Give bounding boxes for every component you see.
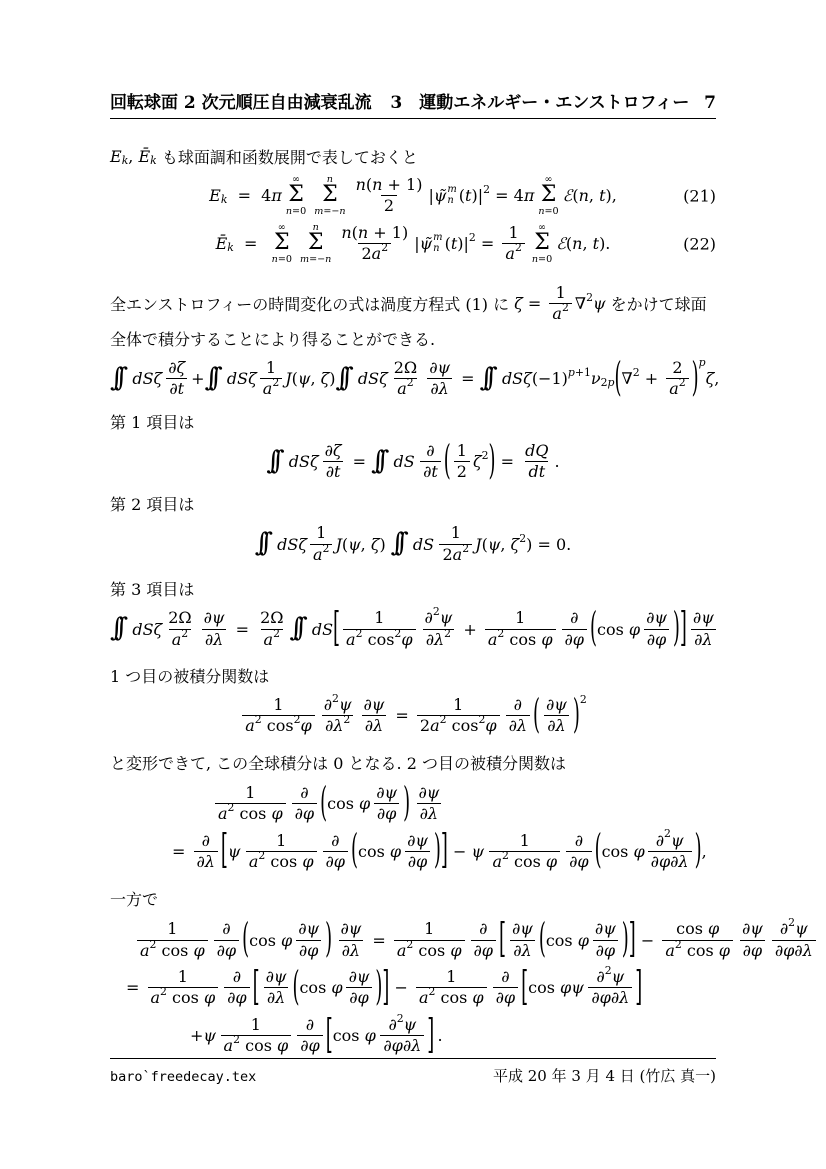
denominator: 2	[454, 461, 470, 482]
double-integral-icon: ∫∫	[336, 366, 358, 392]
numerator: 2	[669, 358, 685, 378]
math-text: 一方で	[110, 887, 158, 910]
subscript: k	[150, 154, 157, 167]
math-variable: φ	[359, 794, 370, 813]
fraction: ∂2ψ∂φ∂λ	[648, 831, 692, 873]
math-text: (−1)	[532, 369, 568, 388]
close-fence: ]	[441, 831, 448, 872]
math-variable: m	[314, 206, 323, 217]
numerator: ∂	[423, 441, 437, 461]
denominator: 2a2	[358, 243, 391, 264]
math-variable: φ	[629, 620, 640, 639]
math-variable: n	[356, 176, 366, 194]
math-variable: ζ	[321, 369, 330, 388]
math-variable: E	[110, 147, 122, 166]
math-variable: ∂t	[326, 463, 341, 481]
math-variable: n	[325, 254, 331, 265]
para-enstrophy-2: 全体で積分することにより得ることができる.	[110, 327, 716, 350]
numerator: ∂	[476, 919, 490, 939]
math-text: cos	[249, 931, 281, 950]
eq-enstrophy-budget: ∫∫dSζ∂ζ∂t+∫∫dSζ1a2J(ψ, ζ)∫∫dSζ2Ωa2∂ψ∂λ =…	[110, 358, 716, 400]
math-variable: ∂ψ	[512, 920, 533, 938]
fenced-group: (cos φ∂ψ∂φ)	[292, 967, 382, 1009]
math-variable: ∂	[596, 968, 604, 986]
math-variable: ∂	[426, 442, 434, 460]
numerator: ∂	[567, 608, 581, 628]
numerator: ∂	[219, 919, 233, 939]
math-text: 2Ω	[168, 609, 191, 627]
denominator: ∂λ	[417, 803, 441, 824]
superscript: 2	[228, 802, 235, 815]
fraction: 12a2	[439, 523, 472, 565]
math-text: 2	[462, 543, 469, 556]
equation-line: 1a2 cos φ∂∂φ(cos φ∂ψ∂φ)∂ψ∂λ = 1a2 cos φ∂…	[134, 919, 819, 961]
math-variable: ∂	[425, 609, 433, 627]
math-variable: n	[341, 224, 351, 242]
math-variable: ∂ψ	[646, 609, 667, 627]
sigma-icon: Σ	[322, 185, 338, 206]
section-heading: 3 運動エネルギー・エンストロフィー	[390, 93, 689, 113]
math-text: 2	[675, 939, 682, 952]
math-text: )|	[471, 186, 483, 205]
math-variable: ∂	[514, 696, 522, 714]
fraction: 1a2 cos φ	[221, 1015, 292, 1057]
numerator: 1	[443, 967, 459, 987]
footer-rule	[110, 1058, 716, 1059]
math-variable: ∂ψ	[429, 359, 450, 377]
math-text: 2	[381, 242, 388, 255]
math-variable: a	[313, 546, 323, 564]
math-variable: φ	[578, 931, 589, 950]
fraction: 2Ωa2	[165, 608, 194, 650]
denominator: ∂λ2	[423, 629, 454, 650]
math-text: )|	[457, 234, 469, 253]
close-fence: )	[673, 609, 680, 650]
math-variable: ∂λ	[325, 717, 343, 735]
denominator: a2 cos φ	[485, 629, 556, 650]
denominator: ∂λ	[202, 629, 226, 650]
math-variable: φ	[271, 805, 282, 823]
fraction: 12a2 cos2φ	[417, 695, 500, 737]
math-text: = 4	[227, 186, 271, 205]
denominator: ∂λ	[691, 629, 715, 650]
math-variable: ψ	[348, 535, 361, 554]
math-text: +	[458, 620, 482, 639]
numerator: ∂2ψ	[422, 608, 456, 628]
numerator: ∂ψ	[404, 831, 431, 851]
math-text: 2	[586, 291, 593, 304]
fraction: n(n + 1)2	[353, 175, 426, 217]
math-variable: Ē	[138, 147, 150, 166]
denominator: ∂φ∂λ	[380, 1035, 424, 1056]
fraction: ∂∂λ	[506, 695, 530, 737]
math-variable: φ	[450, 942, 461, 960]
fraction: ∂ζ∂t	[165, 358, 188, 400]
math-text: cos	[504, 631, 541, 649]
math-text: cos	[234, 805, 271, 823]
numerator: 2Ω	[391, 358, 420, 378]
math-text: −	[389, 978, 413, 997]
fraction: 2a2	[666, 358, 688, 400]
math-text: 1	[251, 1016, 261, 1034]
intro-line: Ek, Ēk も球面調和函数展開で表しておくと	[110, 145, 716, 168]
math-variable: ∂φ	[743, 942, 762, 960]
open-fence: (	[539, 920, 546, 961]
math-text: cos	[358, 842, 390, 861]
denominator: ∂t	[323, 461, 344, 482]
math-variable: dSζ	[132, 369, 162, 388]
math-variable: ∂	[570, 609, 578, 627]
math-variable: ∂φ	[326, 853, 345, 871]
fence-content: cos φ∂ψ∂φ	[597, 608, 673, 650]
math-text: 2	[356, 628, 363, 641]
superscript: 2	[478, 714, 485, 727]
math-text: 2	[150, 939, 157, 952]
math-variable: dSζ	[132, 620, 162, 639]
superscript: 2	[356, 628, 363, 641]
double-integral-icon: ∫∫	[205, 366, 227, 392]
math-text: 全エンストロフィーの時間変化の式は渦度方程式 (1) に	[110, 292, 514, 315]
denominator: 2	[381, 195, 397, 216]
denominator: a2 cos φ	[662, 940, 733, 961]
denominator: a2 cos φ	[489, 851, 560, 872]
sum-lower-limit: n=0	[538, 206, 558, 217]
math-text: cos	[265, 853, 302, 871]
double-integral-icon: ∫∫	[110, 616, 132, 642]
numerator: 2Ω	[165, 608, 194, 628]
math-text: 2	[429, 986, 436, 999]
math-variable: φ	[277, 1037, 288, 1055]
fenced-group: [∂ψ∂λ(cos φ∂ψ∂φ)]	[499, 919, 636, 961]
fraction: 1a2	[502, 223, 524, 265]
math-variable: φ	[719, 942, 730, 960]
open-fence: (	[615, 358, 622, 399]
equation-line: 1a2 cos φ∂∂φ(cos φ∂ψ∂φ)∂ψ∂λ	[212, 783, 445, 825]
close-fence: )	[489, 441, 496, 482]
fenced-group: [ψ1a2 cos φ∂∂φ(cos φ∂ψ∂φ)]	[221, 831, 448, 873]
sum-lower-limit: n=0	[532, 254, 552, 265]
math-text: = 4	[490, 186, 524, 205]
math-variable: φ	[472, 989, 483, 1007]
math-text: 2	[672, 359, 682, 377]
source-filename: baro`freedecay.tex	[110, 1069, 256, 1085]
math-text: )	[380, 535, 386, 554]
math-text: =	[126, 978, 145, 997]
math-variable: ∂φ	[300, 1037, 319, 1055]
math-text: も球面調和函数展開で表しておくと	[157, 145, 418, 168]
open-fence: [	[521, 968, 528, 1009]
math-variable: n	[579, 186, 589, 205]
fraction: 1a2 cos φ	[137, 919, 208, 961]
math-variable: ψ	[298, 369, 311, 388]
fenced-group: (cos φ∂ψ∂φ)	[320, 783, 410, 825]
math-text: 1	[374, 609, 384, 627]
fence-content: cos φ∂2ψ∂φ∂λ	[333, 1015, 428, 1057]
fraction: ∂2ψ∂φ∂λ	[380, 1015, 424, 1057]
denominator: ∂φ	[374, 803, 399, 824]
math-variable: π	[524, 186, 535, 205]
numerator: ∂2ψ	[653, 831, 687, 851]
para-enstrophy-1: 全エンストロフィーの時間変化の式は渦度方程式 (1) に ζ = 1a2∇2ψ …	[110, 283, 716, 325]
math-variable: φ	[193, 942, 204, 960]
numerator: 1	[506, 223, 522, 243]
math-variable: ∂ψ	[376, 784, 397, 802]
fraction: 1a2	[260, 358, 282, 400]
math-variable: φ	[633, 842, 644, 861]
math-variable: dS	[413, 535, 434, 554]
math-text: 2	[502, 850, 509, 863]
denominator: ∂λ	[510, 940, 534, 961]
math-text: ∇	[622, 369, 633, 388]
denominator: a2 cos2φ	[242, 715, 314, 736]
math-text: 2	[679, 377, 686, 390]
math-text: 1 つ目の被積分関数は	[110, 664, 269, 687]
summation-operator: ∞Σn=0	[538, 174, 558, 217]
math-variable: a	[151, 989, 161, 1007]
numerator: ∂ψ	[263, 967, 290, 987]
math-text: 2	[273, 628, 280, 641]
math-variable: ζ	[473, 452, 482, 471]
numerator: ∂	[230, 967, 244, 987]
open-fence: [	[326, 1015, 333, 1056]
superscript: 2	[407, 377, 414, 390]
math-variable: ψ	[339, 696, 352, 714]
numerator: 1	[454, 441, 470, 461]
close-fence: ]	[629, 920, 636, 961]
header-left: 回転球面 2 次元順圧自由減衰乱流3 運動エネルギー・エンストロフィー	[110, 88, 689, 113]
denominator: ∂φ	[292, 803, 317, 824]
math-text: 2	[482, 449, 489, 462]
superscript: 2	[482, 449, 489, 462]
fraction: 1a2 cos φ	[416, 967, 487, 1009]
math-variable: ψ	[593, 294, 606, 313]
denominator: ∂φ	[566, 851, 591, 872]
close-fence: ]	[635, 968, 642, 1009]
denominator: ∂λ	[339, 940, 363, 961]
equation-content: Ēk = ∞Σn=0nΣm=−nn(n + 1)2a2|ψ̃mn(t)|2 = …	[216, 222, 611, 265]
superscript: 2	[440, 714, 447, 727]
math-variable: a	[224, 1037, 234, 1055]
math-text: 2	[233, 1034, 240, 1047]
numerator: 1	[450, 695, 466, 715]
math-variable: ∂λ	[430, 380, 448, 398]
superscript: 2	[381, 242, 388, 255]
math-variable: ∂φ∂λ	[775, 942, 813, 960]
subscript: k	[221, 193, 228, 206]
fraction: ∂∂φ	[224, 967, 249, 1009]
double-integral-icon: ∫∫	[290, 616, 312, 642]
running-title: 回転球面 2 次元順圧自由減衰乱流	[110, 93, 372, 113]
numerator: ∂2ψ	[777, 919, 811, 939]
numerator: ∂	[511, 695, 525, 715]
superscript: 2	[406, 939, 413, 952]
math-variable: φ	[546, 853, 557, 871]
math-variable: ∂	[222, 920, 230, 938]
math-text: =	[348, 452, 372, 471]
math-variable: dSζ	[358, 369, 388, 388]
math-variable: ∂ψ	[298, 920, 319, 938]
fraction: ∂ψ∂φ	[739, 919, 766, 961]
numerator: ∂	[199, 831, 213, 851]
denominator: a2	[260, 378, 282, 399]
close-fence: ]	[427, 1015, 434, 1056]
fraction: ∂ψ∂λ	[509, 919, 536, 961]
math-variable: ∂λ	[197, 853, 215, 871]
open-fence: (	[242, 920, 249, 961]
sum-lower-limit: n=0	[286, 206, 306, 217]
fraction: n(n + 1)2a2	[338, 223, 411, 265]
math-text: =	[234, 234, 268, 253]
math-text: 2	[160, 986, 167, 999]
fence-content: 12ζ2	[451, 441, 489, 483]
math-variable: ∂	[479, 920, 487, 938]
math-variable: a	[218, 805, 228, 823]
fraction: ∂ψ∂λ	[415, 783, 442, 825]
math-variable: ∂ζ	[168, 359, 185, 377]
math-variable: φ	[541, 631, 552, 649]
math-variable: n	[372, 176, 382, 194]
open-fence: (	[292, 968, 299, 1009]
superscript: 2	[483, 183, 490, 196]
fenced-group: [cos φ∂2ψ∂φ∂λ]	[326, 1015, 435, 1057]
close-fence: )	[692, 358, 699, 399]
math-text: ,	[589, 186, 599, 205]
fraction: ∂ζ∂t	[322, 441, 345, 483]
math-variable: φ	[204, 989, 215, 1007]
math-text: 2	[361, 245, 371, 263]
math-text: 2	[788, 917, 795, 930]
label-term2: 第 2 項目は	[110, 492, 716, 515]
math-text: 2	[457, 463, 467, 481]
math-variable: ∂	[306, 1016, 314, 1034]
eq-alternative-expansion: 1a2 cos φ∂∂φ(cos φ∂ψ∂φ)∂ψ∂λ = 1a2 cos φ∂…	[110, 916, 716, 1059]
fenced-group: (∂ψ∂λ)	[533, 695, 580, 737]
equation-line: = ∂∂λ[ψ1a2 cos φ∂∂φ(cos φ∂ψ∂φ)] − ψ1a2 c…	[172, 831, 707, 873]
math-variable: ζ	[514, 294, 523, 313]
close-fence: )	[434, 831, 441, 872]
fenced-group: (cos φ∂ψ∂φ)	[539, 919, 629, 961]
numerator: ∂ψ	[346, 967, 373, 987]
close-fence: )	[622, 920, 629, 961]
math-text: cos	[363, 631, 395, 649]
superscript: p	[699, 356, 706, 369]
superscript: 2	[332, 693, 339, 706]
denominator: ∂φ	[297, 1035, 322, 1056]
math-variable: dSζ	[277, 535, 307, 554]
superscript: 2	[160, 986, 167, 999]
math-variable: a	[172, 631, 182, 649]
stack-subscript: n	[447, 196, 453, 207]
supsub-stack: mn	[447, 185, 456, 207]
numerator: 1	[553, 283, 569, 303]
math-variable: ∂	[780, 920, 788, 938]
math-variable: dQ	[525, 442, 548, 460]
fraction: 1a2 cos φ	[489, 831, 560, 873]
denominator: ∂λ	[362, 715, 386, 736]
math-text: 1	[316, 524, 326, 542]
math-variable: n	[339, 206, 345, 217]
math-text: =−	[323, 206, 339, 217]
math-variable: ∂	[233, 968, 241, 986]
numerator: ∂ζ	[322, 441, 345, 461]
math-variable: φ	[302, 853, 313, 871]
equation-number: (21)	[683, 186, 716, 205]
subscript: k	[227, 241, 234, 254]
math-variable: ∂ψ	[418, 784, 439, 802]
math-variable: ∂φ	[377, 805, 396, 823]
eq-second-integrand: 1a2 cos φ∂∂φ(cos φ∂ψ∂φ)∂ψ∂λ= ∂∂λ[ψ1a2 co…	[110, 780, 716, 876]
denominator: ∂t	[166, 378, 187, 399]
fraction: ∂ψ∂λ	[263, 967, 290, 1009]
math-text: 1	[556, 284, 566, 302]
math-variable: n	[447, 195, 453, 206]
superscript: 2	[605, 965, 612, 978]
denominator: a2 cos2φ	[343, 629, 415, 650]
denominator: ∂φ	[405, 851, 430, 872]
numerator: ∂2ψ	[593, 967, 627, 987]
math-variable: ∂φ	[295, 805, 314, 823]
page-footer: baro`freedecay.tex 平成 20 年 3 月 4 日 (竹広 真…	[110, 1058, 716, 1086]
denominator: a2	[261, 629, 283, 650]
math-variable: ∂ψ	[546, 696, 567, 714]
numerator: ∂ψ	[360, 695, 387, 715]
math-variable: ∂φ∂λ	[651, 853, 689, 871]
math-text: cos	[299, 978, 331, 997]
math-variable: ∂λ	[342, 942, 360, 960]
numerator: ∂	[498, 967, 512, 987]
denominator: ∂φ∂λ	[772, 940, 816, 961]
denominator: ∂λ	[264, 987, 288, 1008]
document-content: Ek, Ēk も球面調和函数展開で表しておくとEk = 4π∞Σn=0nΣm=−…	[110, 145, 716, 1060]
fraction: ∂∂φ	[292, 783, 317, 825]
math-variable: ψ	[795, 920, 808, 938]
double-integral-icon: ∫∫	[255, 531, 277, 557]
math-variable: k	[221, 193, 228, 206]
denominator: a2 cos φ	[137, 940, 208, 961]
denominator: a2	[169, 629, 191, 650]
math-text: ) = 0.	[526, 535, 571, 554]
math-variable: ∂ψ	[340, 920, 361, 938]
eq-first-integrand: 1a2 cos2φ∂2ψ∂λ2∂ψ∂λ = 12a2 cos2φ∂∂λ(∂ψ∂λ…	[110, 695, 716, 737]
math-variable: ∂λ	[267, 989, 285, 1007]
math-variable: dS	[393, 452, 414, 471]
math-text: 2	[605, 965, 612, 978]
sum-lower-limit: n=0	[272, 254, 292, 265]
math-variable: n	[572, 234, 582, 253]
math-variable: ∂φ	[496, 989, 515, 1007]
math-variable: φ	[708, 920, 719, 938]
math-text: 2	[633, 366, 640, 379]
math-text: =	[390, 706, 414, 725]
sum-lower-limit: m=−n	[314, 206, 345, 217]
math-text: をかけて球面	[606, 292, 707, 315]
double-integral-icon: ∫∫	[266, 449, 288, 475]
math-text: ),	[606, 186, 617, 205]
summation-operator: ∞Σn=0	[272, 222, 292, 265]
math-text: 1	[273, 696, 283, 714]
math-text: 2	[255, 714, 262, 727]
math-text: cos	[682, 942, 719, 960]
close-fence: )	[573, 696, 580, 737]
numerator: ∂ψ	[295, 919, 322, 939]
denominator: ∂λ	[506, 715, 530, 736]
summation-operator: nΣm=−n	[314, 174, 345, 217]
eq-term1: ∫∫dSζ∂ζ∂t = ∫∫dS∂∂t(12ζ2) = dQdt.	[110, 441, 716, 483]
double-integral-icon: ∫∫	[371, 449, 393, 475]
numerator: ∂ψ	[201, 608, 228, 628]
math-text: 2	[497, 628, 504, 641]
equation-line: +ψ1a2 cos φ∂∂φ[cos φ∂2ψ∂φ∂λ].	[190, 1015, 443, 1057]
